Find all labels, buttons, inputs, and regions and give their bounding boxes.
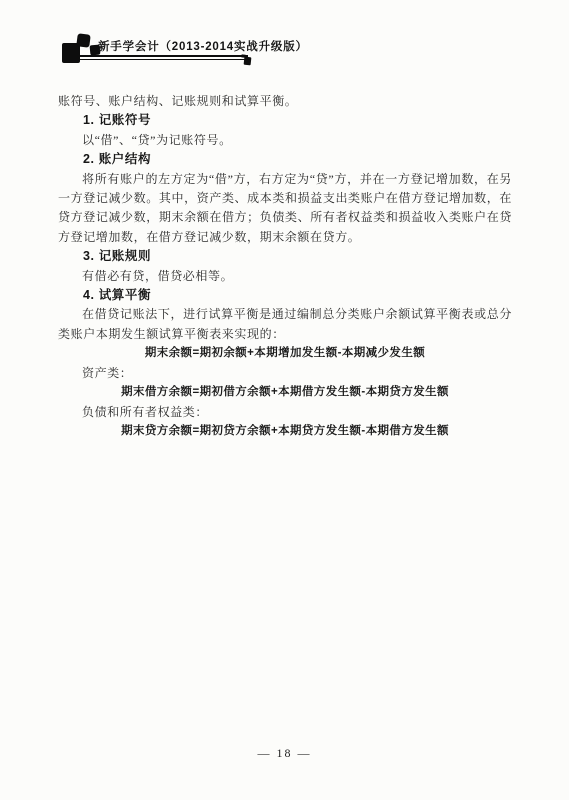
section-paragraph-trial-balance: 在借贷记账法下，进行试算平衡是通过编制总分类账户余额试算平衡表或总分类账户本期发… bbox=[58, 305, 512, 344]
formula-ending-credit-balance: 期末贷方余额=期初贷方余额+本期贷方发生额-本期借方发生额 bbox=[58, 422, 512, 441]
page-content: 账符号、账户结构、记账规则和试算平衡。 1. 记账符号 以“借”、“贷”为记账符… bbox=[58, 92, 512, 441]
section-heading-account-structure: 2. 账户结构 bbox=[58, 150, 512, 169]
label-liability-equity-class: 负债和所有者权益类： bbox=[58, 403, 512, 422]
intro-paragraph: 账符号、账户结构、记账规则和试算平衡。 bbox=[58, 92, 512, 111]
book-title: 新手学会计（2013-2014实战升级版） bbox=[98, 38, 308, 54]
page-header: 新手学会计（2013-2014实战升级版） bbox=[0, 0, 569, 80]
section-paragraph-account-structure: 将所有账户的左方定为“借”方，右方定为“贷”方，并在一方登记增加数，在另一方登记… bbox=[58, 170, 512, 248]
section-paragraph-bookkeeping-rules: 有借必有贷，借贷必相等。 bbox=[58, 267, 512, 286]
header-rule-bottom-line bbox=[62, 59, 248, 60]
book-page: 新手学会计（2013-2014实战升级版） 账符号、账户结构、记账规则和试算平衡… bbox=[0, 0, 569, 800]
section-heading-trial-balance: 4. 试算平衡 bbox=[58, 286, 512, 305]
section-heading-bookkeeping-symbols: 1. 记账符号 bbox=[58, 111, 512, 130]
section-heading-bookkeeping-rules: 3. 记账规则 bbox=[58, 247, 512, 266]
formula-ending-debit-balance: 期末借方余额=期初借方余额+本期借方发生额-本期贷方发生额 bbox=[58, 383, 512, 402]
logo-square-medium-icon bbox=[76, 33, 90, 47]
page-number: — 18 — bbox=[0, 746, 569, 761]
header-rule-end-icon bbox=[244, 57, 252, 66]
label-asset-class: 资产类： bbox=[58, 364, 512, 383]
header-rule bbox=[62, 55, 248, 67]
header-rule-top-line bbox=[62, 55, 248, 57]
section-paragraph-bookkeeping-symbols: 以“借”、“贷”为记账符号。 bbox=[58, 131, 512, 150]
formula-ending-balance: 期末余额=期初余额+本期增加发生额-本期减少发生额 bbox=[58, 344, 512, 363]
